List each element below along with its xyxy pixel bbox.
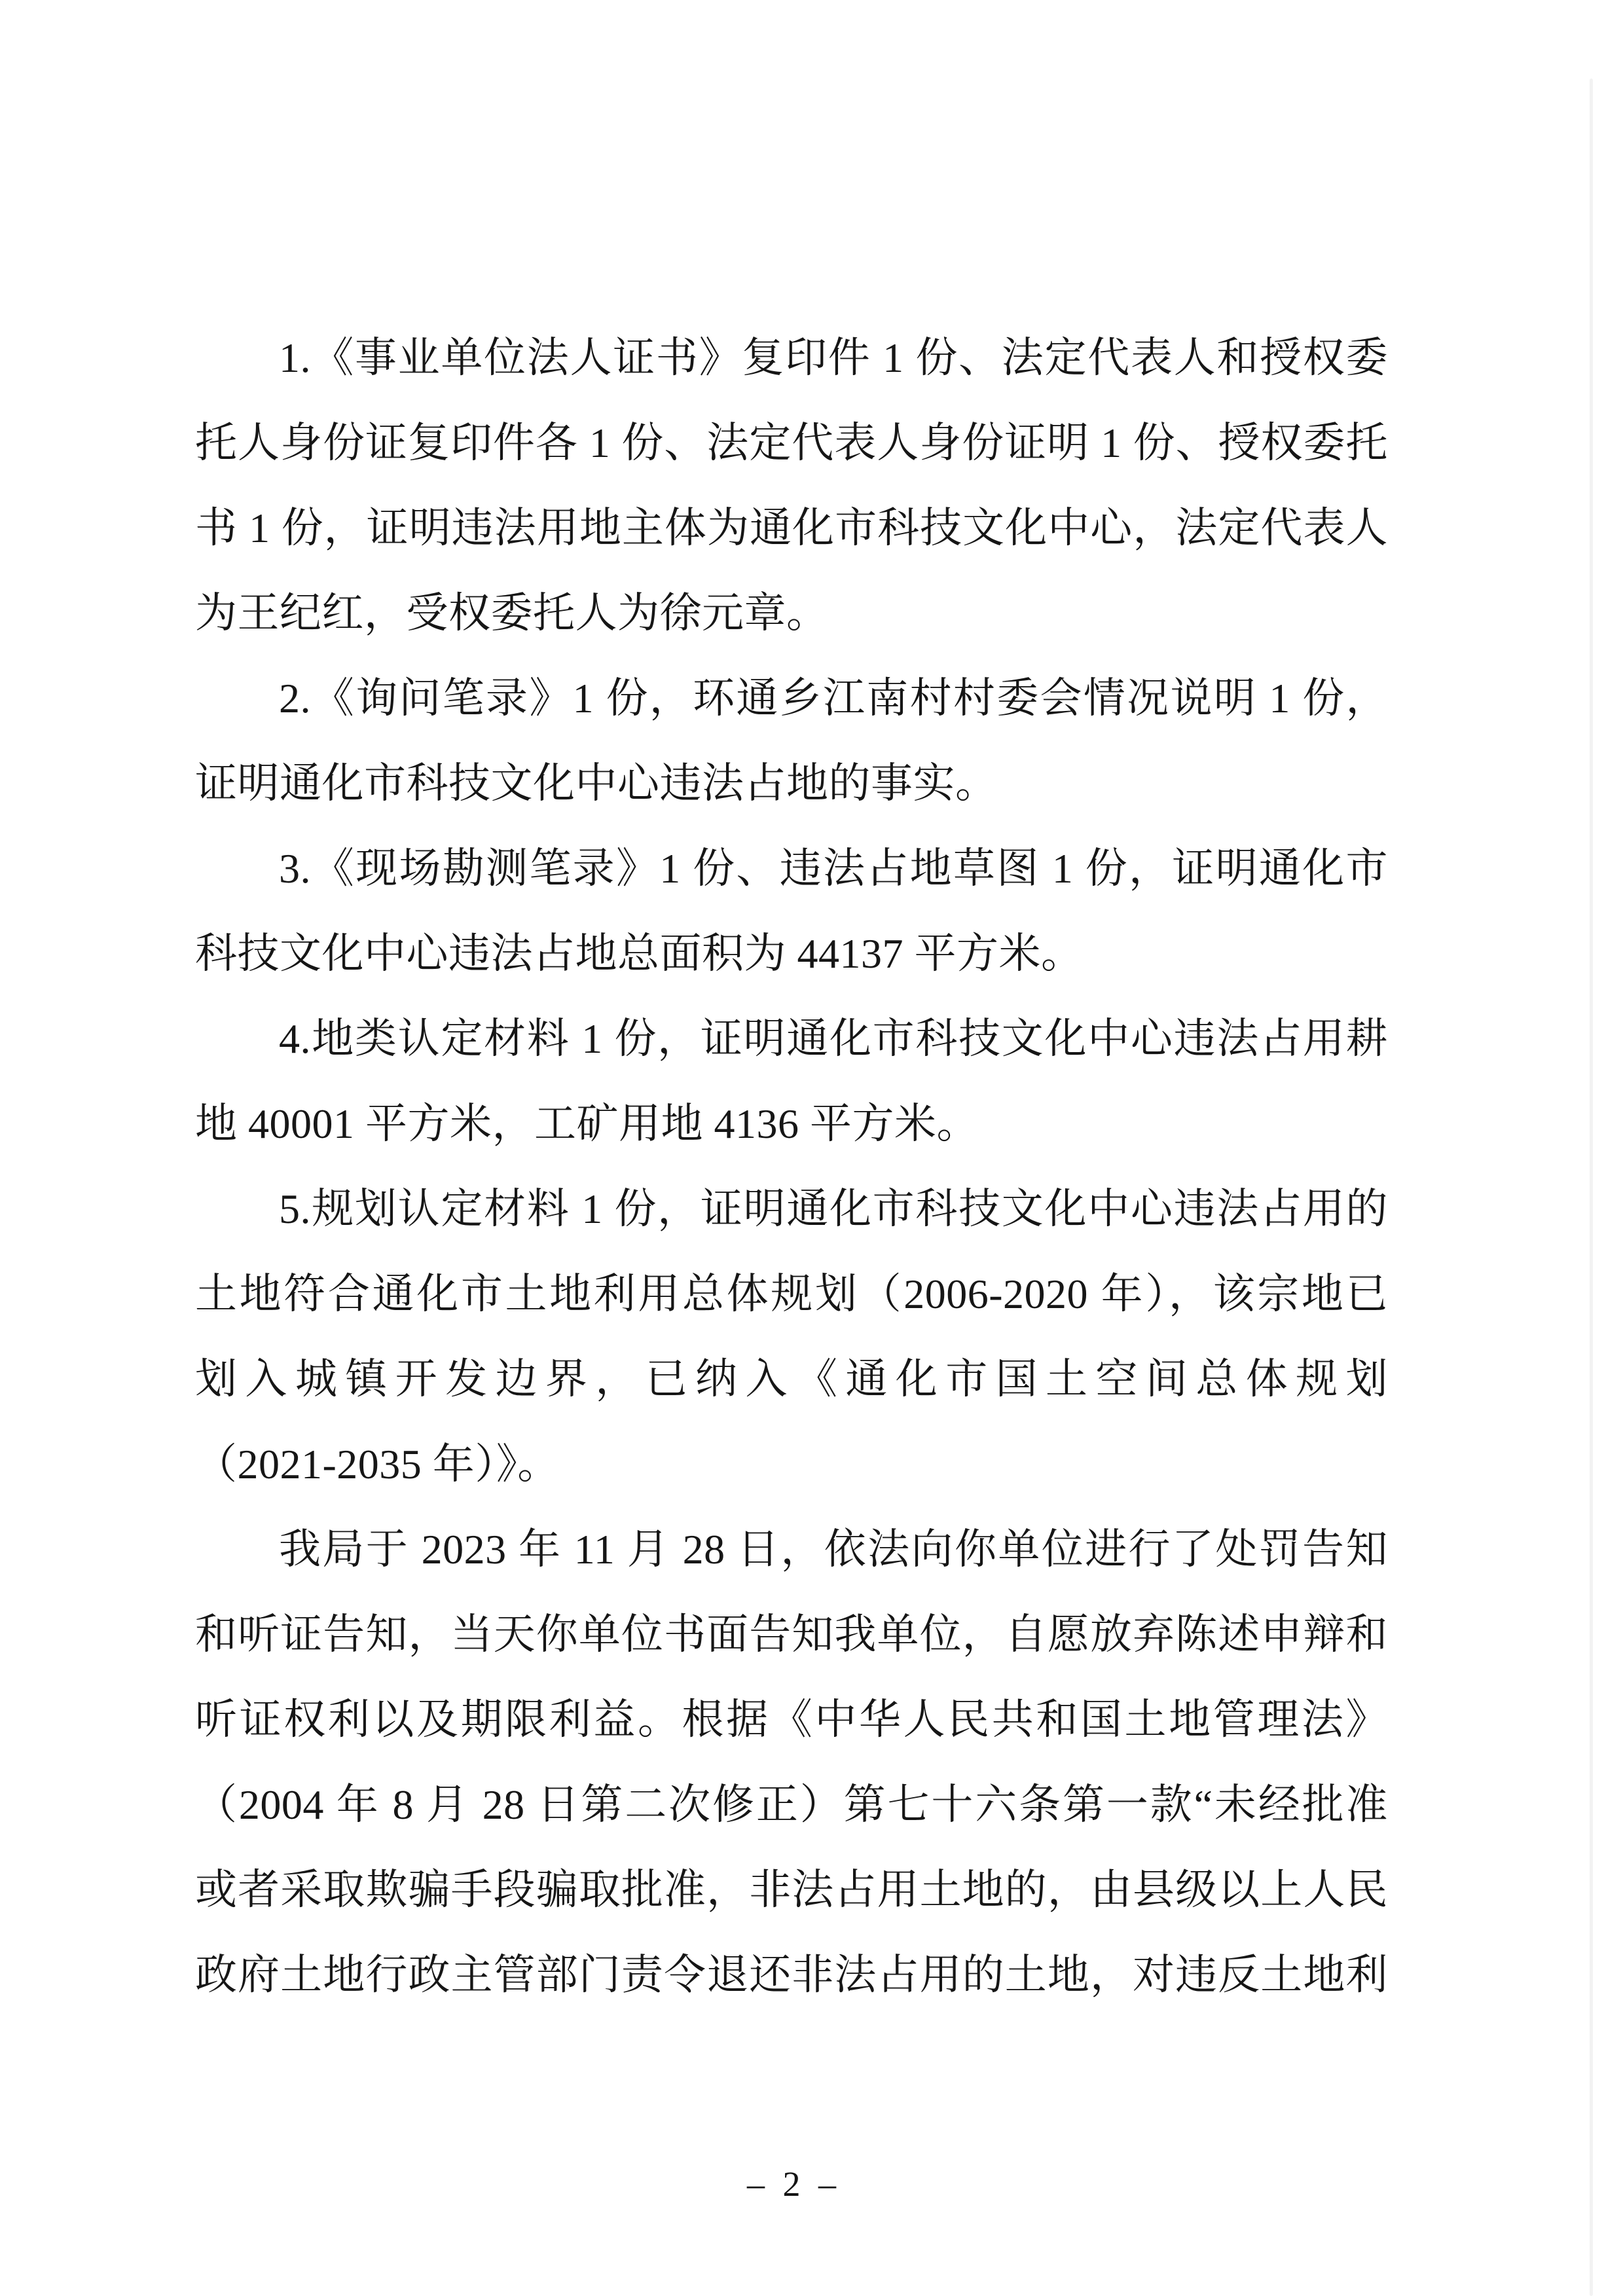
paragraph-evidence-5: 5.规划认定材料 1 份，证明通化市科技文化中心违法占用的 土地符合通化市土地利… xyxy=(195,1167,1388,1507)
text-line: （2021-2035 年）》。 xyxy=(195,1422,1388,1507)
text-line: 证明通化市科技文化中心违法占地的事实。 xyxy=(195,741,1388,826)
text-line: 2.《询问笔录》1 份，环通乡江南村村委会情况说明 1 份， xyxy=(195,656,1388,741)
text-line: 我局于 2023 年 11 月 28 日，依法向你单位进行了处罚告知 xyxy=(195,1507,1388,1592)
document-body: 1.《事业单位法人证书》复印件 1 份、法定代表人和授权委 托人身份证复印件各 … xyxy=(195,316,1388,2018)
text-line: 划入城镇开发边界，已纳入《通化市国土空间总体规划 xyxy=(195,1337,1388,1422)
text-line: 为王纪红，受权委托人为徐元章。 xyxy=(195,571,1388,656)
text-line: 3.《现场勘测笔录》1 份、违法占地草图 1 份，证明通化市 xyxy=(195,826,1388,911)
text-line: 科技文化中心违法占地总面积为 44137 平方米。 xyxy=(195,911,1388,996)
text-line: 4.地类认定材料 1 份，证明通化市科技文化中心违法占用耕 xyxy=(195,996,1388,1082)
text-line: 或者采取欺骗手段骗取批准，非法占用土地的，由县级以上人民 xyxy=(195,1848,1388,1933)
text-line: 5.规划认定材料 1 份，证明通化市科技文化中心违法占用的 xyxy=(195,1167,1388,1252)
text-line: 书 1 份，证明违法用地主体为通化市科技文化中心，法定代表人 xyxy=(195,486,1388,571)
paragraph-evidence-4: 4.地类认定材料 1 份，证明通化市科技文化中心违法占用耕 地 40001 平方… xyxy=(195,996,1388,1167)
text-line: 地 40001 平方米，工矿用地 4136 平方米。 xyxy=(195,1082,1388,1167)
text-line: 政府土地行政主管部门责令退还非法占用的土地，对违反土地利 xyxy=(195,1933,1388,2018)
scan-artifact-line xyxy=(1590,79,1593,2296)
paragraph-evidence-2: 2.《询问笔录》1 份，环通乡江南村村委会情况说明 1 份， 证明通化市科技文化… xyxy=(195,656,1388,826)
paragraph-penalty-notice: 我局于 2023 年 11 月 28 日，依法向你单位进行了处罚告知 和听证告知… xyxy=(195,1507,1388,2018)
text-line: 土地符合通化市土地利用总体规划（2006-2020 年），该宗地已 xyxy=(195,1252,1388,1337)
paragraph-evidence-1: 1.《事业单位法人证书》复印件 1 份、法定代表人和授权委 托人身份证复印件各 … xyxy=(195,316,1388,656)
text-line: （2004 年 8 月 28 日第二次修正）第七十六条第一款“未经批准 xyxy=(195,1762,1388,1848)
document-page: 1.《事业单位法人证书》复印件 1 份、法定代表人和授权委 托人身份证复印件各 … xyxy=(0,0,1623,2296)
text-line: 1.《事业单位法人证书》复印件 1 份、法定代表人和授权委 xyxy=(195,316,1388,401)
paragraph-evidence-3: 3.《现场勘测笔录》1 份、违法占地草图 1 份，证明通化市 科技文化中心违法占… xyxy=(195,826,1388,996)
page-number: – 2 – xyxy=(195,2158,1388,2210)
text-line: 听证权利以及期限利益。根据《中华人民共和国土地管理法》 xyxy=(195,1677,1388,1762)
text-line: 托人身份证复印件各 1 份、法定代表人身份证明 1 份、授权委托 xyxy=(195,401,1388,486)
text-line: 和听证告知，当天你单位书面告知我单位，自愿放弃陈述申辩和 xyxy=(195,1592,1388,1677)
